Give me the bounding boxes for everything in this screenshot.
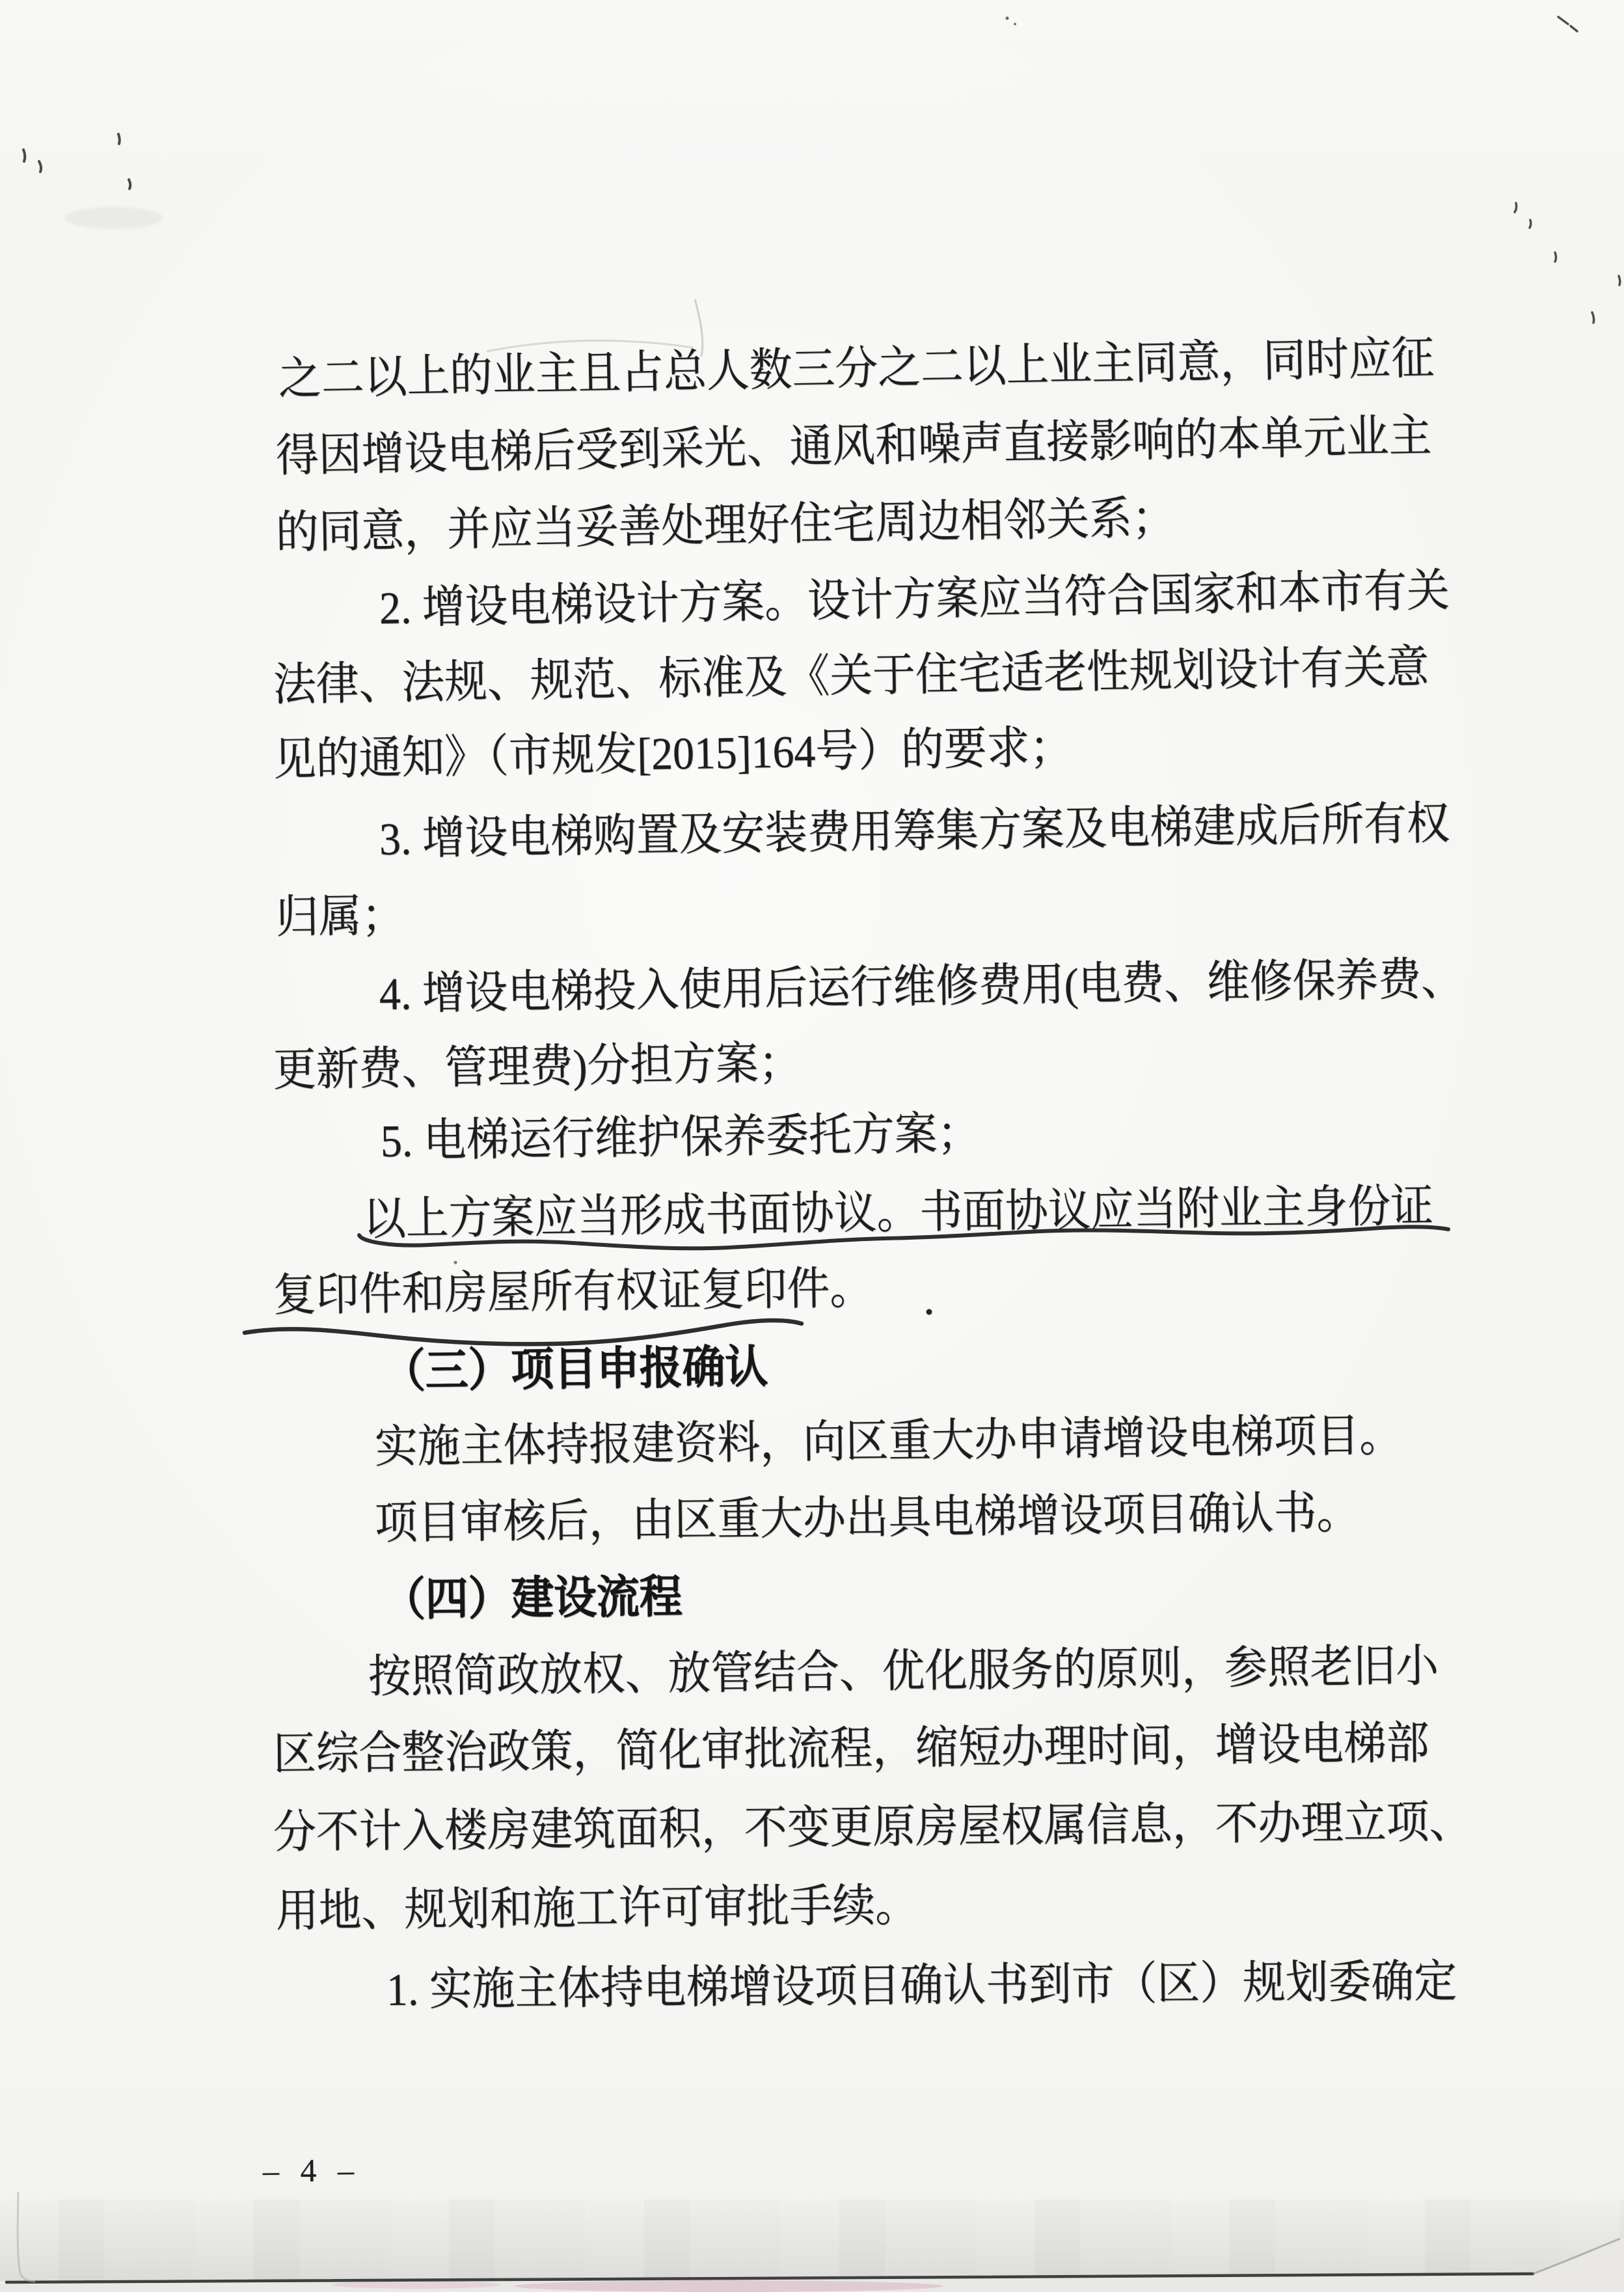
hand-underline-2 (245, 1320, 802, 1344)
scanned-document-page: 之二以上的业主且占总人数三分之二以上业主同意，同时应征 得因增设电梯后受到采光、… (0, 0, 1624, 2292)
scan-speck (1014, 23, 1016, 25)
scan-specks-top-right (1515, 17, 1620, 323)
ink-dot (453, 1261, 457, 1264)
scan-overlay (0, 0, 1624, 2292)
scan-scratch (487, 340, 693, 351)
paper-edge-left-corner (18, 2192, 35, 2282)
scan-speck (1006, 17, 1009, 20)
pink-smudge (514, 2280, 943, 2292)
ink-dot (927, 1309, 932, 1315)
scan-specks-top-left (23, 134, 130, 189)
scan-scratch (695, 299, 703, 357)
pink-smudge (332, 2281, 501, 2289)
hand-underline-1 (359, 1227, 1448, 1248)
